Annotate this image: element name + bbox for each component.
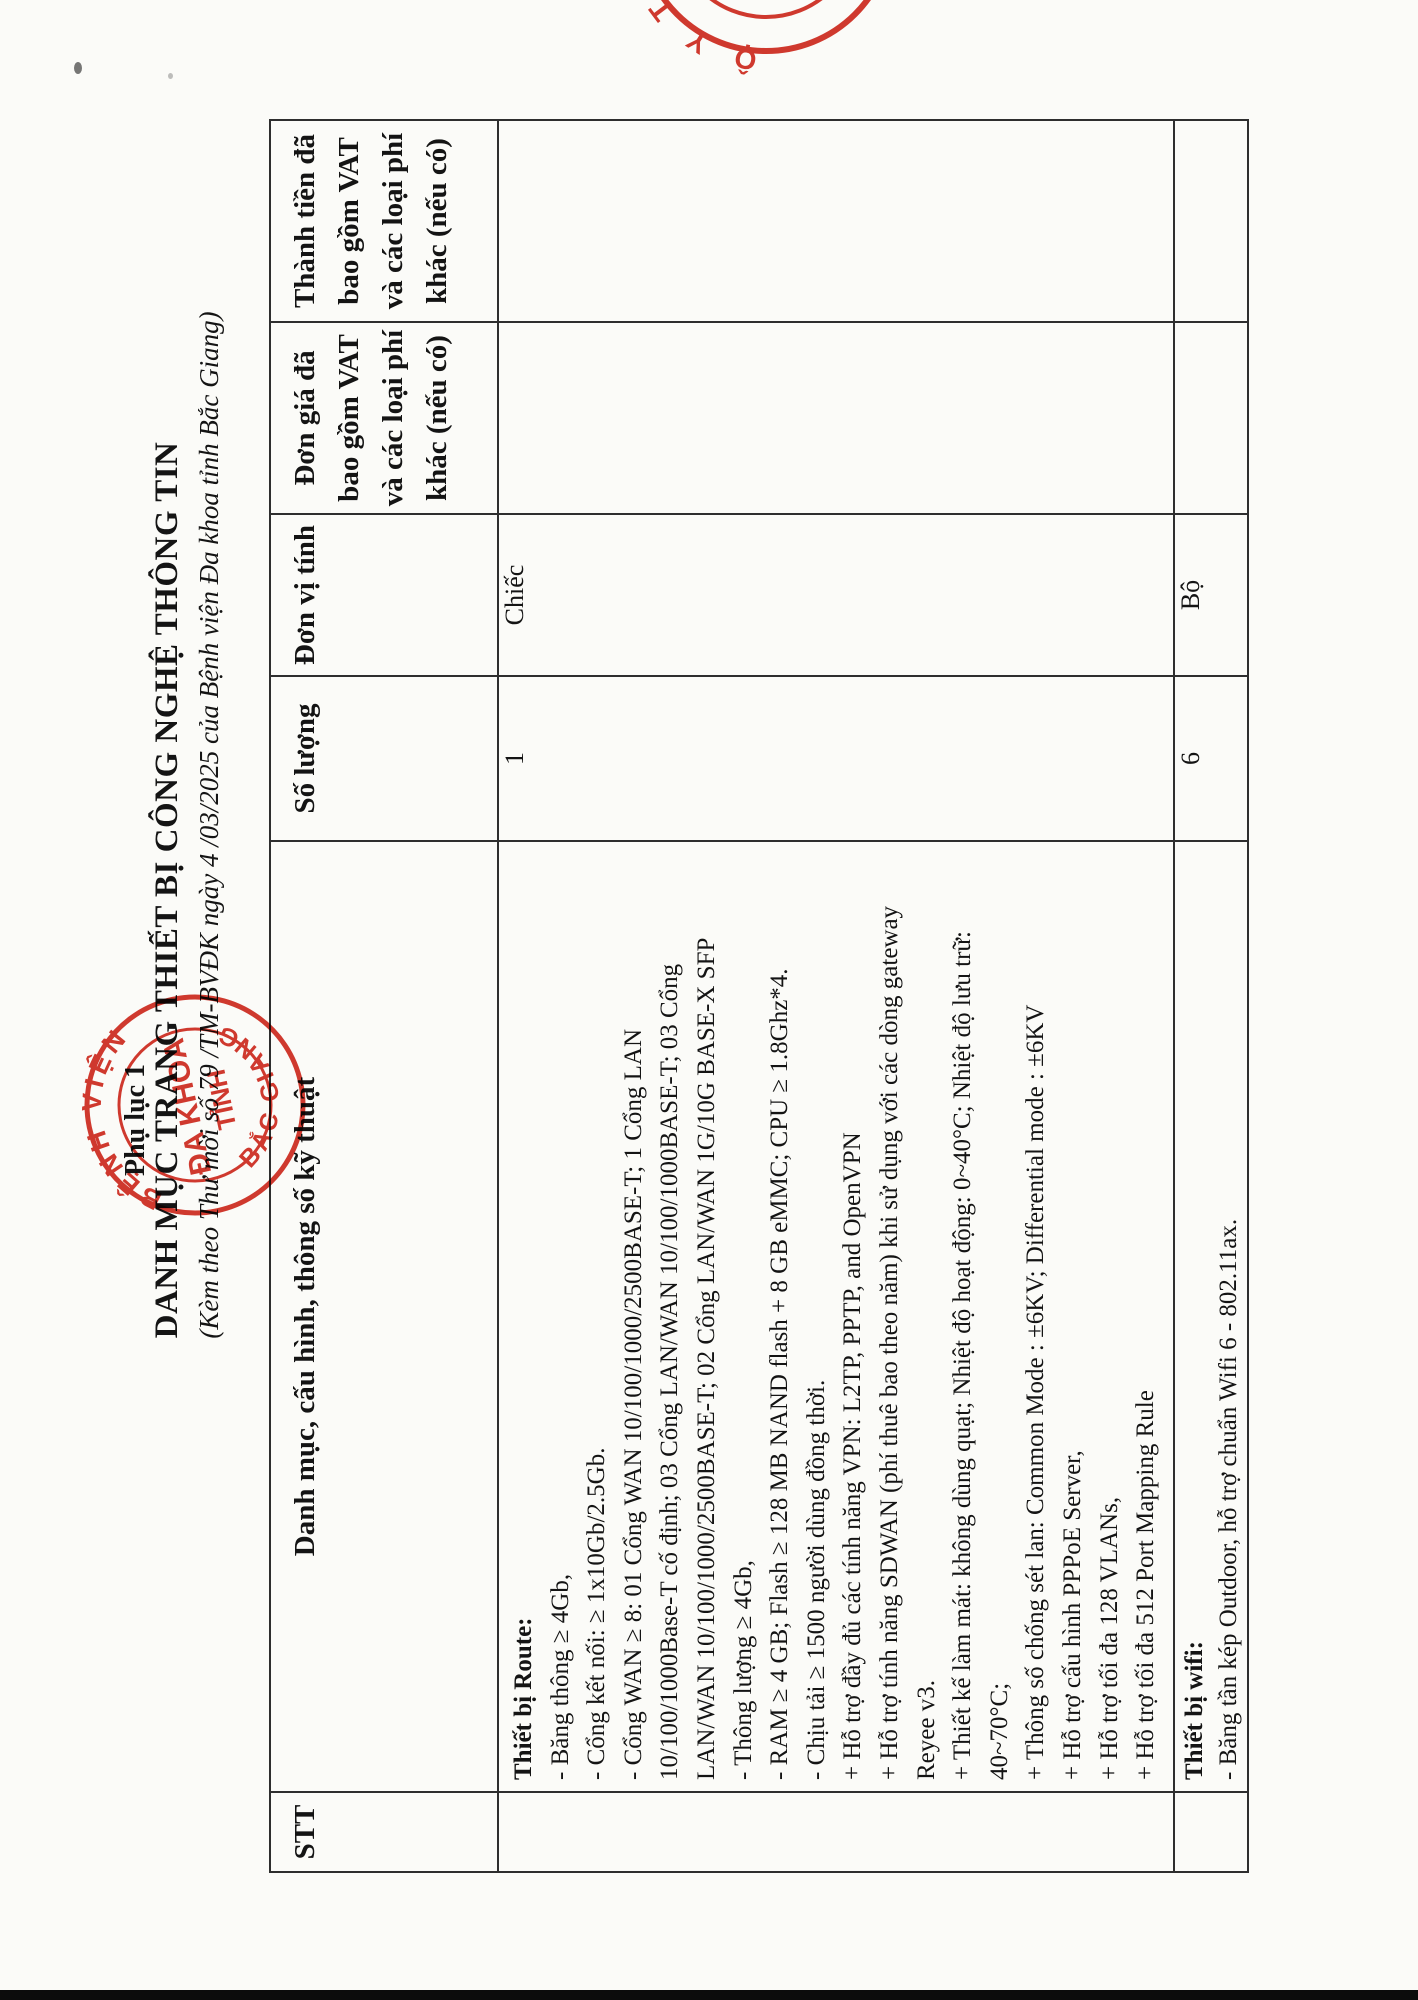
col-header-stt: STT	[270, 1792, 498, 1872]
price-cell	[498, 322, 1174, 514]
spec-line: + Hỗ trợ tính năng SDWAN (phí thuê bao t…	[872, 853, 909, 1780]
col-header-unit: Đơn vị tính	[270, 514, 498, 676]
hospital-seal-stamp: BỆNH VIỆN BẮC GIANG ĐA KHOA TỈNH	[17, 927, 373, 1283]
qty-cell: 1	[498, 676, 1174, 841]
spec-line: - Chịu tải ≥ 1500 người dùng đồng thời.	[799, 853, 836, 1780]
page-subtitle: (Kèm theo Thư mời số 79 /TM-BVĐK ngày 4 …	[194, 25, 225, 1625]
spec-line: - Cổng WAN ≥ 8: 01 Cổng WAN 10/100/1000/…	[616, 853, 653, 1780]
price-cell	[1174, 322, 1248, 514]
stamp-arc-top-text: BỆNH VIỆN	[58, 1017, 171, 1227]
table-row: Thiết bị wifi: - Băng tần kép Outdoor, h…	[1174, 120, 1248, 1872]
document-landscape-content: Phụ lục 1 DANH MỤC TRANG THIẾT BỊ CÔNG N…	[0, 0, 1418, 2000]
spec-line: + Hỗ trợ cấu hình PPPoE Server,	[1055, 853, 1092, 1780]
scan-speck	[74, 62, 82, 74]
spec-line: - Cổng kết nối: ≥ 1x10Gb/2.5Gb.	[579, 853, 616, 1780]
qty-cell: 6	[1174, 676, 1248, 841]
spec-line: 40~70°C;	[982, 853, 1019, 1780]
svg-text:BỆNH VIỆN: BỆNH VIỆN	[58, 1017, 171, 1227]
spec-line: + Hỗ trợ đầy đủ các tính năng VPN: L2TP,…	[835, 853, 872, 1780]
scanned-document-page: Phụ lục 1 DANH MỤC TRANG THIẾT BỊ CÔNG N…	[0, 0, 1418, 2000]
stt-cell	[498, 1792, 1174, 1872]
page-title: DANH MỤC TRANG THIẾT BỊ CÔNG NGHỆ THÔNG …	[149, 90, 186, 1690]
scan-speck	[168, 73, 173, 79]
spec-line: + Hỗ trợ tối đa 512 Port Mapping Rule	[1128, 853, 1165, 1780]
spec-line: + Hỗ trợ tối đa 128 VLANs,	[1092, 853, 1129, 1780]
table-row: Thiết bị Route: - Băng thông ≥ 4Gb, - Cổ…	[498, 120, 1174, 1872]
total-cell	[1174, 120, 1248, 322]
spec-line: - Băng thông ≥ 4Gb,	[543, 853, 580, 1780]
spec-line: + Thiết kế làm mát: không dùng quạt; Nhi…	[945, 853, 982, 1780]
spec-title: Thiết bị Route:	[506, 853, 543, 1780]
col-header-total: Thành tiền đã bao gồm VAT và các loại ph…	[270, 120, 498, 322]
stt-cell	[1174, 1792, 1248, 1872]
spec-line: - Thông lượng ≥ 4Gb,	[726, 853, 763, 1780]
unit-cell: Bộ	[1174, 514, 1248, 676]
spec-line: LAN/WAN 10/100/1000/2500BASE-T; 02 Cổng …	[689, 853, 726, 1780]
spec-cell: Thiết bị Route: - Băng thông ≥ 4Gb, - Cổ…	[498, 841, 1174, 1792]
total-cell	[498, 120, 1174, 322]
col-header-price: Đơn giá đã bao gồm VAT và các loại phí k…	[270, 322, 498, 514]
scan-edge-artifact	[0, 1990, 1418, 2000]
spec-line: - RAM ≥ 4 GB; Flash ≥ 128 MB NAND flash …	[762, 853, 799, 1780]
unit-cell: Chiếc	[498, 514, 1174, 676]
col-header-qty: Số lượng	[270, 676, 498, 841]
equipment-table: STT Danh mục, cấu hình, thông số kỹ thuậ…	[269, 119, 1249, 1873]
spec-cell: Thiết bị wifi: - Băng tần kép Outdoor, h…	[1174, 841, 1248, 1792]
spec-line: - Băng tần kép Outdoor, hỗ trợ chuẩn Wif…	[1212, 853, 1246, 1780]
spec-title: Thiết bị wifi:	[1178, 853, 1212, 1780]
health-dept-seal-stamp: Ộ Y TẾ	[606, 0, 926, 85]
spec-line: 10/100/1000Base-T cố định; 03 Cổng LAN/W…	[652, 853, 689, 1780]
spec-line: Reyee v3.	[909, 853, 946, 1780]
spec-line: + Thông số chống sét lan: Common Mode : …	[1018, 853, 1055, 1780]
